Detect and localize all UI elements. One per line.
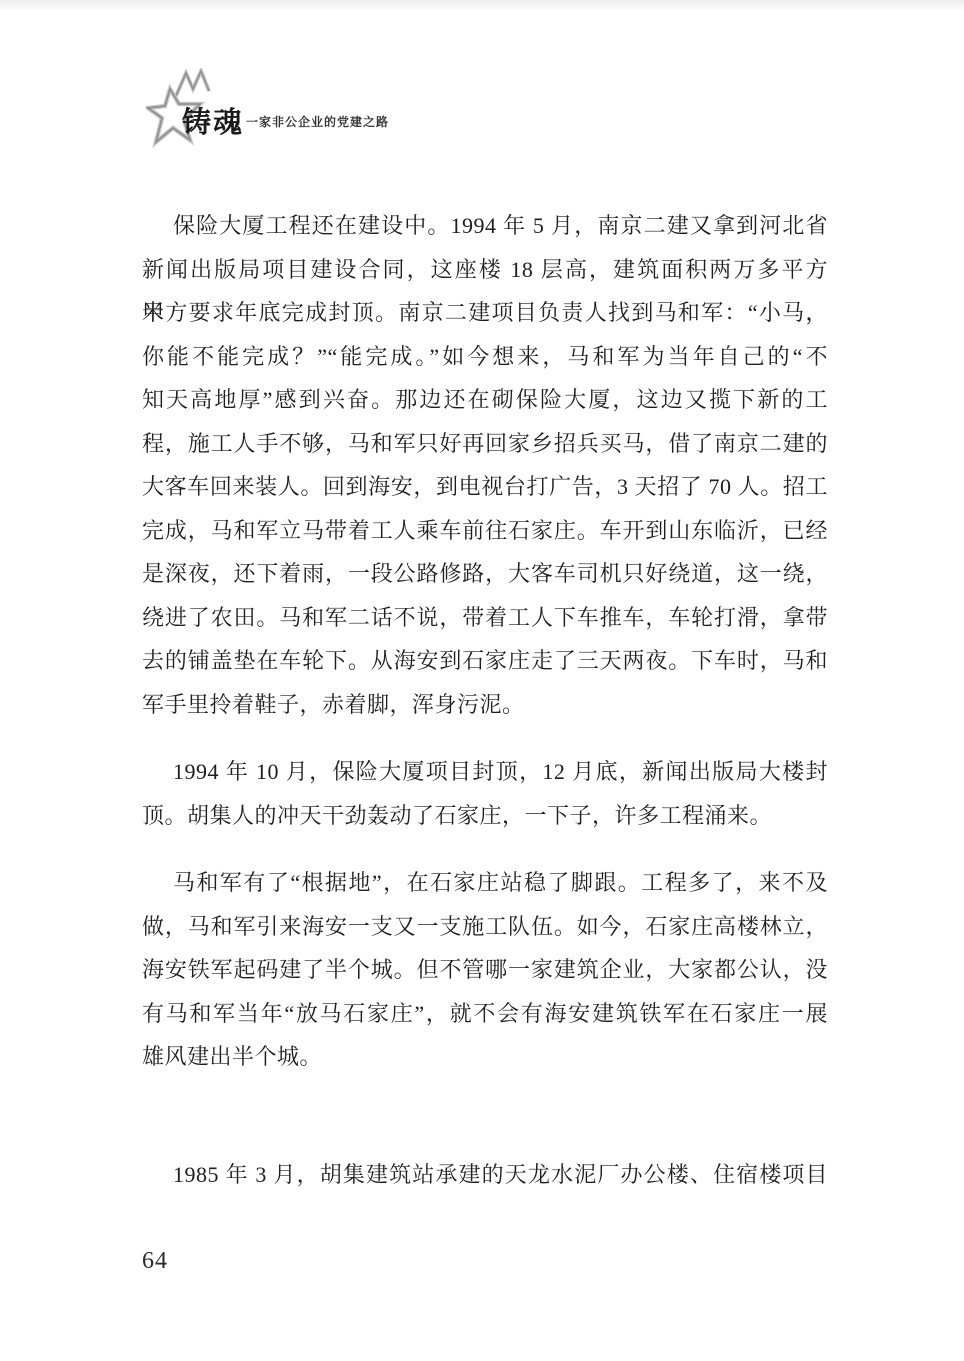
book-header-logo: 铸魂 一家非公企业的党建之路 (146, 66, 506, 152)
page-number: 64 (142, 1248, 168, 1275)
text-line: 去的铺盖垫在车轮下。从海安到石家庄走了三天两夜。下车时，马和 (142, 639, 828, 683)
paragraph: 马和军有了“根据地”，在石家庄站稳了脚跟。工程多了，来不及做，马和军引来海安一支… (142, 861, 828, 1079)
text-line: 完成，马和军立马带着工人乘车前往石家庄。车开到山东临沂，已经 (142, 509, 828, 553)
text-line: 保险大厦工程还在建设中。1994 年 5 月，南京二建又拿到河北省 (142, 204, 828, 248)
text-line: 甲方要求年底完成封顶。南京二建项目负责人找到马和军：“小马， (142, 291, 828, 335)
scan-edge-shading (0, 0, 964, 14)
text-line: 顶。胡集人的冲天干劲轰动了石家庄，一下子，许多工程涌来。 (142, 794, 828, 838)
text-line: 1994 年 10 月，保险大厦项目封顶，12 月底，新闻出版局大楼封 (142, 750, 828, 794)
paragraph: 1994 年 10 月，保险大厦项目封顶，12 月底，新闻出版局大楼封顶。胡集人… (142, 750, 828, 837)
text-line: 知天高地厚”感到兴奋。那边还在砌保险大厦，这边又揽下新的工 (142, 378, 828, 422)
text-line: 程，施工人手不够，马和军只好再回家乡招兵买马，借了南京二建的 (142, 422, 828, 466)
text-line: 海安铁军起码建了半个城。但不管哪一家建筑企业，大家都公认，没 (142, 948, 828, 992)
logo-title: 铸魂 (182, 100, 244, 141)
text-line: 新闻出版局项目建设合同，这座楼 18 层高，建筑面积两万多平方米， (142, 248, 828, 292)
paragraphs-container: 保险大厦工程还在建设中。1994 年 5 月，南京二建又拿到河北省新闻出版局项目… (142, 204, 828, 1196)
text-line: 你能不能完成？”“能完成。”如今想来，马和军为当年自己的“不 (142, 335, 828, 379)
book-page: 铸魂 一家非公企业的党建之路 保险大厦工程还在建设中。1994 年 5 月，南京… (0, 0, 964, 1361)
text-line: 绕进了农田。马和军二话不说，带着工人下车推车，车轮打滑，拿带 (142, 596, 828, 640)
page-body: 保险大厦工程还在建设中。1994 年 5 月，南京二建又拿到河北省新闻出版局项目… (142, 204, 828, 1196)
text-line: 军手里拎着鞋子，赤着脚，浑身污泥。 (142, 683, 828, 727)
text-line: 是深夜，还下着雨，一段公路修路，大客车司机只好绕道，这一绕， (142, 552, 828, 596)
text-line: 做，马和军引来海安一支又一支施工队伍。如今，石家庄高楼林立， (142, 905, 828, 949)
text-line: 马和军有了“根据地”，在石家庄站稳了脚跟。工程多了，来不及 (142, 861, 828, 905)
text-line: 大客车回来装人。回到海安，到电视台打广告，3 天招了 70 人。招工 (142, 465, 828, 509)
logo-tagline: 一家非公企业的党建之路 (246, 113, 389, 130)
text-line: 雄风建出半个城。 (142, 1035, 828, 1079)
text-line: 1985 年 3 月，胡集建筑站承建的天龙水泥厂办公楼、住宿楼项目 (142, 1153, 828, 1197)
text-line: 有马和军当年“放马石家庄”，就不会有海安建筑铁军在石家庄一展 (142, 992, 828, 1036)
paragraph: 1985 年 3 月，胡集建筑站承建的天龙水泥厂办公楼、住宿楼项目 (142, 1153, 828, 1197)
paragraph: 保险大厦工程还在建设中。1994 年 5 月，南京二建又拿到河北省新闻出版局项目… (142, 204, 828, 726)
